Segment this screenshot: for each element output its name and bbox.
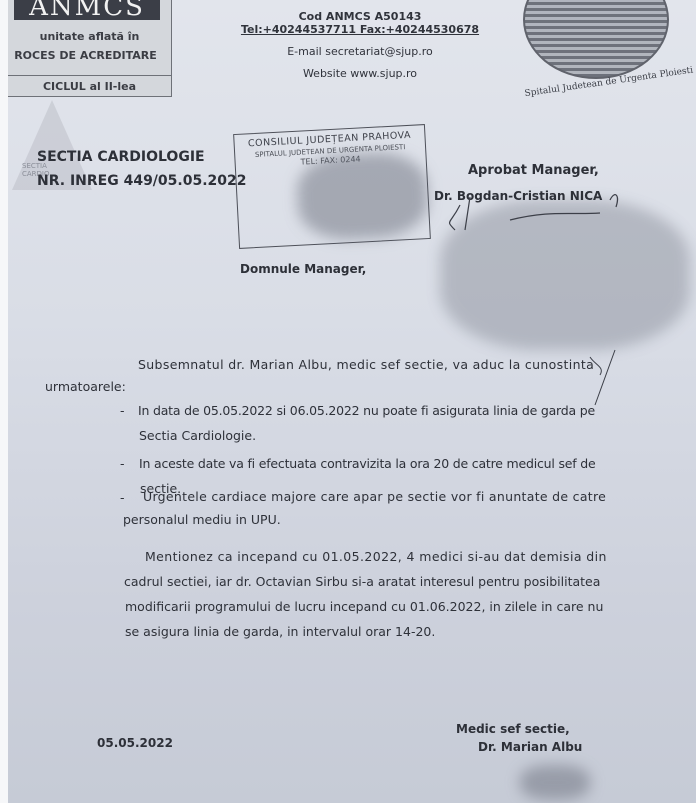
letterhead-contact: Cod ANMCS A50143 Tel:+40244537711 Fax:+4… <box>240 10 480 80</box>
redaction-blur <box>520 765 590 800</box>
bullet-text: In data de 05.05.2022 si 06.05.2022 nu p… <box>138 401 595 421</box>
email: E-mail secretariat@sjup.ro <box>240 45 480 58</box>
bullet-marker: - <box>120 403 125 418</box>
section-name: SECTIA CARDIOLOGIE <box>37 145 247 169</box>
bullet-text: Urgentele cardiace majore care apar pe s… <box>143 487 606 507</box>
registration-number: NR. INREG 449/05.05.2022 <box>37 169 247 193</box>
paragraph-line: Mentionez ca incepand cu 01.05.2022, 4 m… <box>145 547 607 567</box>
tel-fax: Tel:+40244537711 Fax:+40244530678 <box>240 23 480 36</box>
intro-line: Subsemnatul dr. Marian Albu, medic sef s… <box>138 355 594 375</box>
accreditation-box: ANMCS unitate aflată în ROCES DE ACREDIT… <box>8 0 172 97</box>
redaction-blur <box>295 150 429 242</box>
accreditation-line-1: unitate aflată în <box>8 30 171 43</box>
bullet-text: Sectia Cardiologie. <box>139 426 256 446</box>
accreditation-line-2: ROCES DE ACREDITARE <box>0 49 171 62</box>
document-date: 05.05.2022 <box>97 736 173 750</box>
bullet-text: In aceste date va fi efectuata contraviz… <box>139 454 595 474</box>
website: Website www.sjup.ro <box>240 67 480 80</box>
divider <box>8 75 171 76</box>
signature-scribble-icon <box>430 175 650 235</box>
section-header: SECTIA CARDIOLOGIE NR. INREG 449/05.05.2… <box>37 145 247 193</box>
paragraph-line: se asigura linia de garda, in intervalul… <box>125 622 435 642</box>
bullet-marker: - <box>120 456 125 471</box>
paragraph-line: cadrul sectiei, iar dr. Octavian Sirbu s… <box>124 572 600 592</box>
anmcs-code: Cod ANMCS A50143 <box>240 10 480 23</box>
anmcs-logo: ANMCS <box>14 0 160 20</box>
intro-line: urmatoarele: <box>45 377 126 397</box>
bullet-text: personalul mediu in UPU. <box>123 510 281 530</box>
registry-stamp: CONSILIUL JUDEȚEAN PRAHOVA SPITALUL JUDE… <box>233 124 431 249</box>
accreditation-line-3: CICLUL al II-lea <box>8 80 171 93</box>
bullet-marker: - <box>120 490 125 505</box>
paragraph-line: modificarii programului de lucru incepan… <box>125 597 603 617</box>
salutation: Domnule Manager, <box>240 262 366 276</box>
signature-role: Medic sef sectie, <box>456 722 570 736</box>
page-edge <box>0 0 8 803</box>
signature-name: Dr. Marian Albu <box>478 740 582 754</box>
